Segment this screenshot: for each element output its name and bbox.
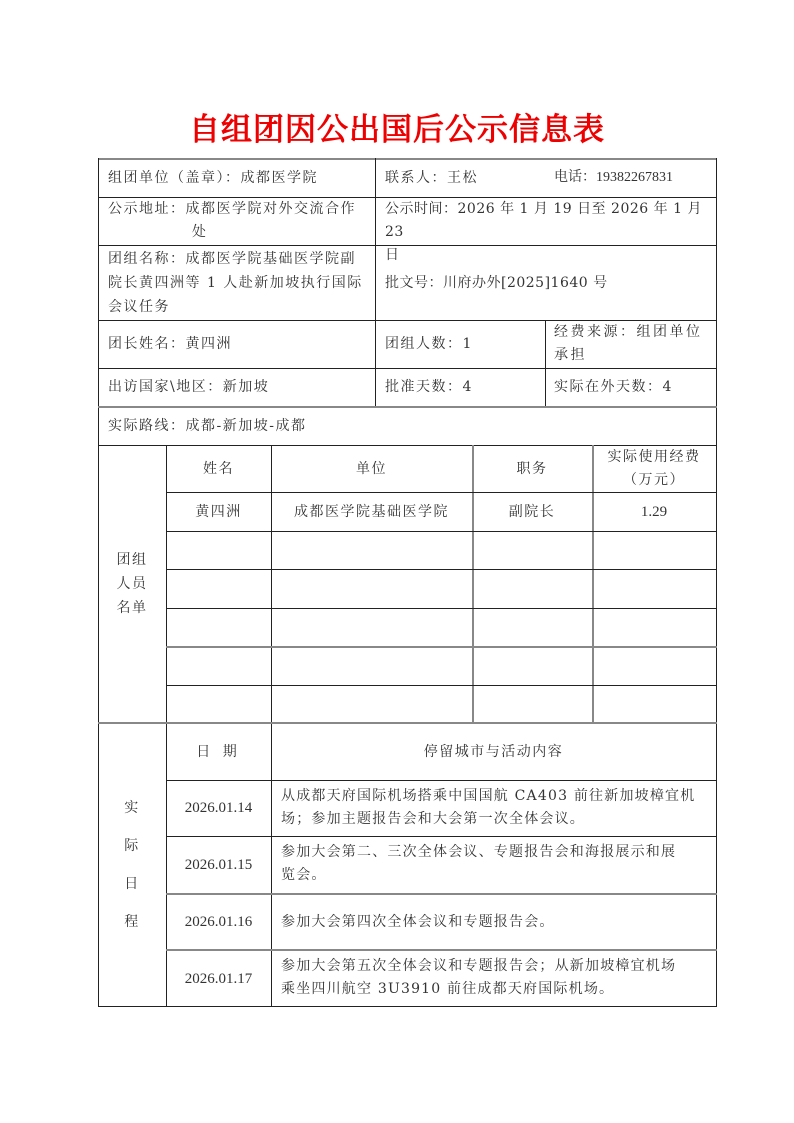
address: 公示地址：成都医学院对外交流合作 处	[108, 198, 373, 245]
phone-text: 电话：19382267831	[554, 166, 673, 190]
page-title: 自组团因公出国后公示信息表	[0, 104, 794, 149]
activity-line: 参加大会第四次全体会议和专题报告会。	[281, 910, 555, 934]
divider	[166, 685, 717, 686]
header-unit: 单位	[271, 445, 472, 492]
activity-line: 从成都天府国际机场搭乘中国国航 CA403 前往新加坡樟宜机	[281, 785, 713, 808]
member-position-text: 副院长	[509, 500, 556, 524]
funding-source: 经费来源：组团单位 承担	[554, 321, 714, 368]
schedule-label-char: 程	[124, 903, 140, 941]
members-label-line: 团组	[117, 548, 148, 572]
divider	[166, 608, 717, 609]
leader: 团长姓名：黄四洲	[108, 320, 373, 368]
activity-line: 场；参加主题报告会和大会第一次全体会议。	[281, 808, 713, 831]
group-name-line3: 会议任务	[108, 295, 373, 319]
org-unit-text: 组团单位（盖章）：成都医学院	[108, 166, 318, 190]
route-text: 实际路线：成都-新加坡-成都	[108, 414, 306, 438]
approval-no: 批文号：川府办外[2025]1640 号	[385, 245, 715, 320]
group-name: 团组名称：成都医学院基础医学院副 院长黄四洲等 1 人赴新加坡执行国际 会议任务	[108, 247, 373, 320]
org-unit: 组团单位（盖章）：成都医学院	[108, 158, 373, 197]
activity-line: 参加大会第二、三次全体会议、专题报告会和海报展示和展	[281, 841, 713, 864]
activity-line: 参加大会第五次全体会议和专题报告会；从新加坡樟宜机场	[281, 955, 713, 978]
route: 实际路线：成都-新加坡-成都	[108, 406, 708, 445]
member-unit-text: 成都医学院基础医学院	[294, 500, 449, 524]
member-cost-text: 1.29	[641, 500, 667, 524]
header-cost: 实际使用经费 （万元）	[592, 446, 716, 492]
actual-days-text: 实际在外天数：4	[554, 375, 673, 399]
members-section-label: 团组 人员 名单	[98, 445, 166, 723]
header-date-text: 日 期	[196, 740, 240, 764]
member-unit: 成都医学院基础医学院	[271, 492, 472, 531]
member-cost: 1.29	[592, 492, 716, 531]
activity-line: 览会。	[281, 864, 713, 887]
approval-no-text: 批文号：川府办外[2025]1640 号	[385, 271, 608, 295]
schedule-date: 2026.01.16	[166, 893, 271, 950]
schedule-date-text: 2026.01.16	[185, 910, 253, 934]
schedule-label-char: 日	[124, 865, 140, 903]
divider	[166, 569, 717, 570]
group-size-text: 团组人数：1	[385, 332, 473, 356]
destination: 出访国家\地区：新加坡	[108, 368, 373, 406]
schedule-label-char: 际	[124, 827, 140, 865]
leader-text: 团长姓名：黄四洲	[108, 332, 232, 356]
funding-line1: 经费来源：组团单位	[554, 321, 714, 344]
activity-line: 乘坐四川航空 3U3910 前往成都天府国际机场。	[281, 978, 713, 1001]
header-position: 职务	[472, 445, 592, 492]
schedule-date: 2026.01.15	[166, 836, 271, 893]
divider	[166, 531, 717, 532]
header-cost-line2: （万元）	[592, 469, 716, 492]
address-line1: 公示地址：成都医学院对外交流合作	[108, 198, 373, 221]
group-name-line2: 院长黄四洲等 1 人赴新加坡执行国际	[108, 271, 373, 295]
approved-days: 批准天数：4	[385, 368, 545, 406]
header-date: 日 期	[166, 723, 271, 780]
schedule-date-text: 2026.01.14	[185, 796, 253, 820]
schedule-date-text: 2026.01.17	[185, 967, 253, 991]
member-name: 黄四洲	[166, 492, 271, 531]
group-name-line1: 团组名称：成都医学院基础医学院副	[108, 247, 373, 271]
schedule-date-text: 2026.01.15	[185, 853, 253, 877]
members-label-line: 名单	[117, 596, 148, 620]
destination-text: 出访国家\地区：新加坡	[108, 375, 269, 399]
contact-text: 联系人：王松	[385, 166, 478, 190]
contact: 联系人：王松	[385, 158, 545, 197]
header-activity-text: 停留城市与活动内容	[424, 740, 564, 764]
schedule-activity: 从成都天府国际机场搭乘中国国航 CA403 前往新加坡樟宜机 场；参加主题报告会…	[281, 785, 713, 835]
public-time-line1: 公示时间：2026 年 1 月 19 日至 2026 年 1 月 23	[385, 198, 715, 244]
schedule-date: 2026.01.14	[166, 780, 271, 836]
funding-line2: 承担	[554, 344, 714, 367]
schedule-activity: 参加大会第四次全体会议和专题报告会。	[281, 893, 713, 950]
divider	[375, 158, 376, 406]
header-name: 姓名	[166, 445, 271, 492]
approved-days-text: 批准天数：4	[385, 375, 473, 399]
actual-days: 实际在外天数：4	[554, 368, 714, 406]
address-line2: 处	[108, 221, 373, 244]
public-time: 公示时间：2026 年 1 月 19 日至 2026 年 1 月 23 日	[385, 198, 715, 245]
schedule-activity: 参加大会第五次全体会议和专题报告会；从新加坡樟宜机场 乘坐四川航空 3U3910…	[281, 955, 713, 1005]
schedule-label-char: 实	[124, 789, 140, 827]
table-border-right	[716, 158, 717, 1007]
phone: 电话：19382267831	[554, 158, 714, 197]
divider	[166, 646, 717, 648]
schedule-activity: 参加大会第二、三次全体会议、专题报告会和海报展示和展 览会。	[281, 841, 713, 891]
header-activity: 停留城市与活动内容	[271, 723, 716, 780]
header-unit-text: 单位	[356, 457, 387, 481]
schedule-date: 2026.01.17	[166, 950, 271, 1007]
divider	[545, 320, 546, 406]
header-cost-line1: 实际使用经费	[592, 446, 716, 469]
header-name-text: 姓名	[203, 457, 234, 481]
member-position: 副院长	[472, 492, 592, 531]
members-label-line: 人员	[117, 572, 148, 596]
group-size: 团组人数：1	[385, 320, 545, 368]
header-position-text: 职务	[517, 457, 548, 481]
member-name-text: 黄四洲	[195, 500, 242, 524]
schedule-section-label: 实 际 日 程	[98, 780, 166, 950]
